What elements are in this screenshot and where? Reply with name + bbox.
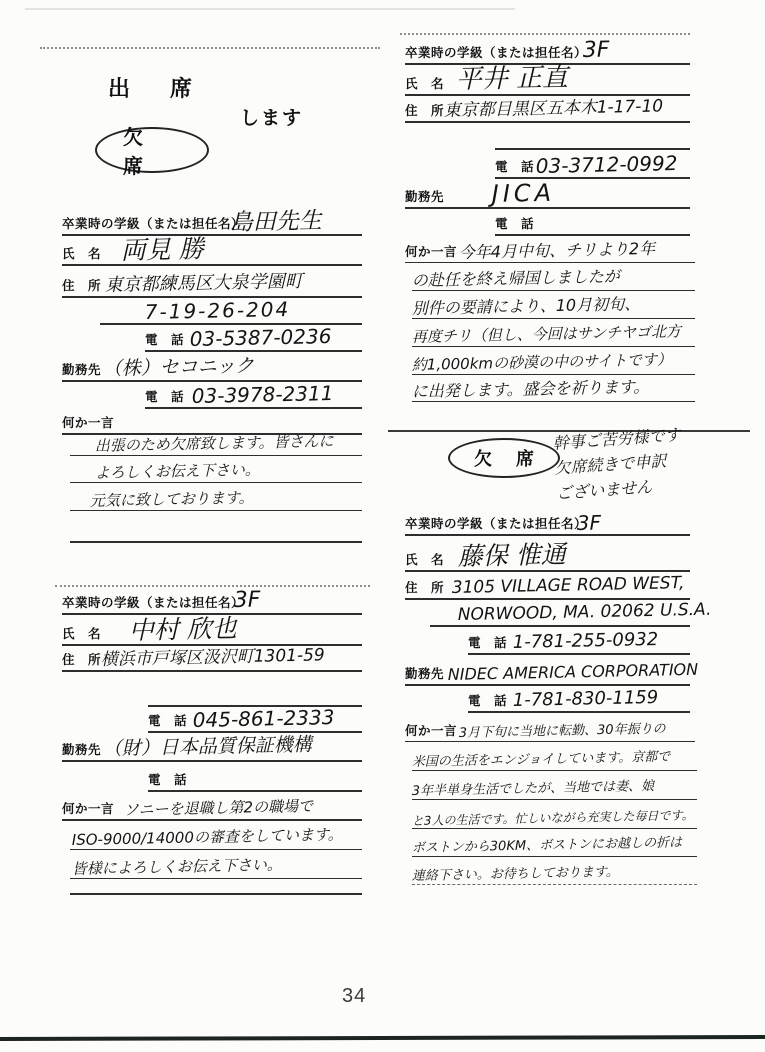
form1-name-row: 氏 名 両見 勝: [62, 234, 362, 266]
form4-class-row: 卒業時の学級（または担任名） 3F: [405, 506, 690, 536]
form2-comment-line: ISO-9000/14000の審査をしています。: [70, 823, 362, 850]
form1-address-label: 住 所: [62, 276, 101, 296]
form1-class-value: 島田先生: [229, 210, 321, 236]
form4-address-value: 3105 VILLAGE ROAD WEST,: [452, 575, 685, 598]
form3-phone-label: 電 話: [495, 157, 534, 177]
form3-name-label: 氏 名: [405, 74, 444, 94]
form3-comment-text-1: 今年4月中旬、チリより2年: [459, 241, 656, 262]
form3-comment-label-row: 何か一言 今年4月中旬、チリより2年: [405, 236, 695, 263]
form1-comment-line: 出張のため欠席致します。皆さんに: [70, 429, 362, 456]
form3-class-row: 卒業時の学級（または担任名） 3F: [405, 35, 690, 65]
form4-workphone-value: 1-781-830-1159: [513, 689, 659, 711]
form3-workplace-value: JICA: [491, 181, 555, 207]
form4-phone-value: 1-781-255-0932: [513, 631, 659, 653]
form4-name-row: 氏 名 藤保 惟通: [405, 534, 690, 572]
form3-comment-line: 約1,000kmの砂漠の中のサイトです）: [412, 346, 695, 375]
form2-comment-text-1: ソニーを退職し第2の職場で: [124, 799, 314, 819]
form4-phone-label: 電 話: [468, 633, 507, 653]
form4-comment-text-3: 3年半単身生活でしたが、当地では妻、娘: [412, 780, 655, 799]
attend-label: 出席: [108, 72, 232, 103]
form3-phone-value: 03-3712-0992: [536, 153, 678, 177]
form3-workplace-label: 勤務先: [405, 187, 444, 207]
form3-workphone-label: 電 話: [495, 214, 534, 234]
page-number: 34: [342, 985, 366, 1008]
form4-comment-text-2: 米国の生活をエンジョイしています。京都で: [412, 751, 671, 770]
absent-label: 欠席: [97, 121, 207, 179]
form3-comment-line: に出発します。盛会を祈ります。: [412, 374, 695, 402]
form3-class-value: 3F: [583, 39, 610, 63]
form1-phone-value: 03-5387-0236: [190, 326, 332, 350]
form2-comment-label-row: 何か一言 ソニーを退職し第2の職場で: [62, 791, 362, 821]
form1-comment-line: 元気に致しております。: [70, 484, 362, 511]
form4-name-label: 氏 名: [405, 550, 444, 570]
form3-comment-text-2: の赴任を終え帰国しましたが: [412, 269, 620, 290]
form1-workphone-row: 電 話 03-3978-2311: [145, 375, 362, 409]
scan-bottom-edge: [0, 1035, 765, 1041]
form4-class-label: 卒業時の学級（または担任名）: [405, 514, 587, 534]
form2-workphone-row: 電 話: [148, 758, 362, 792]
form1-comment-text-3: 元気に致しております。: [90, 491, 254, 510]
form2-comment-blank-line: [70, 893, 362, 895]
form1-workphone-value: 03-3978-2311: [192, 383, 334, 407]
form3-comment-text-4: 再度チリ（但し、今回はサンチヤゴ北方: [412, 324, 682, 346]
form2-comment-line: 皆様によろしくお伝え下さい。: [70, 852, 362, 879]
form2-name-row: 氏 名 中村 欣也: [62, 613, 362, 646]
form2-address-label: 住 所: [62, 650, 101, 670]
form1-comment-text-1: 出張のため欠席致します。皆さんに: [95, 434, 334, 455]
left-column-top-edge: [40, 47, 380, 49]
form2-workphone-label: 電 話: [148, 770, 187, 790]
form4-comment-text-6: 連絡下さい。お待ちしております。: [412, 866, 619, 884]
form4-workplace-label: 勤務先: [405, 664, 444, 684]
form1-class-row: 卒業時の学級（または担任名） 島田先生: [62, 206, 362, 236]
form4-comment-line: 米国の生活をエンジョイしています。京都で: [412, 741, 697, 771]
form3-comment-text-6: に出発します。盛会を祈ります。: [412, 379, 650, 401]
form3-comment-text-5: 約1,000kmの砂漠の中のサイトです）: [412, 353, 672, 374]
form3-class-label: 卒業時の学級（または担任名）: [405, 43, 587, 63]
form1-workplace-label: 勤務先: [62, 360, 101, 380]
form2-comment-label: 何か一言: [62, 799, 114, 819]
form4-name-value: 藤保 惟通: [457, 542, 565, 570]
scanned-reply-form-page: 出席 します 欠席 卒業時の学級（または担任名） 島田先生 氏 名 両見 勝 住…: [0, 0, 765, 1052]
form3-comment-line: 再度チリ（但し、今回はサンチヤゴ北方: [412, 318, 695, 347]
absent-handwritten-note: 幹事ご苦労様です 欠席続きで申訳 ございません: [552, 423, 685, 506]
form2-comment-text-2: ISO-9000/14000の審査をしています。: [72, 827, 343, 849]
form2-workplace-row: 勤務先 （財）日本品質保証機構: [62, 728, 362, 762]
form4-comment-line: ボストンから30KM、ボストンにお越しの折は: [412, 828, 697, 857]
form4-address-row: 住 所 3105 VILLAGE ROAD WEST,: [405, 570, 690, 600]
form4-comment-text-1: 3月下旬に当地に転勤、30年振りの: [459, 723, 666, 741]
form1-name-value: 両見 勝: [120, 236, 203, 264]
form2-workplace-label: 勤務先: [62, 740, 101, 760]
absent-label-2: 欠席: [450, 445, 558, 471]
form3-comment-label: 何か一言: [405, 242, 457, 262]
form4-comment-label-row: 何か一言 3月下旬に当地に転勤、30年振りの: [405, 714, 695, 742]
absent-circled-mark: 欠席: [95, 127, 209, 173]
form3-comment-line: 別件の要請により、10月初旬、: [412, 290, 695, 319]
form1-comment-line: よろしくお伝え下さい。: [70, 456, 362, 483]
form1-class-label: 卒業時の学級（または担任名）: [62, 214, 244, 234]
form3-workplace-row: 勤務先 JICA: [405, 175, 690, 209]
form2-class-value: 3F: [234, 589, 261, 613]
form4-comment-text-4: と3人の生活です。忙しいながら充実した毎日です。: [412, 809, 694, 828]
form2-address-row: 住 所 横浜市戸塚区汲沢町1301-59: [62, 644, 362, 672]
form1-comment-blank-line: [70, 541, 362, 543]
form1-workphone-label: 電 話: [145, 387, 184, 407]
form2-name-value: 中村 欣也: [128, 616, 236, 644]
form3-comment-line: の赴任を終え帰国しましたが: [412, 262, 695, 291]
form4-address-label: 住 所: [405, 578, 444, 598]
form4-phone-row: 電 話 1-781-255-0932: [468, 622, 690, 655]
form2-workplace-value: （財）日本品質保証機構: [103, 736, 312, 760]
form3-name-value: 平井 正直: [455, 65, 568, 94]
form3-address-label: 住 所: [405, 101, 444, 121]
form1-comment-text-2: よろしくお伝え下さい。: [95, 463, 260, 482]
form2-address-value: 横浜市戸塚区汲沢町1301-59: [101, 647, 325, 670]
attend-verb-label: します: [240, 103, 303, 130]
form4-comment-text-5: ボストンから30KM、ボストンにお越しの折は: [412, 836, 683, 856]
form4-workphone-label: 電 話: [468, 691, 507, 711]
form1-address-row: 住 所 東京都練馬区大泉学園町: [62, 266, 362, 298]
form2-name-label: 氏 名: [62, 624, 101, 644]
form4-workphone-row: 電 話 1-781-830-1159: [468, 680, 690, 713]
form4-comment-line: 3年半単身生活でしたが、当地では妻、娘: [412, 770, 697, 800]
form3-name-row: 氏 名 平井 正直: [405, 63, 690, 96]
form4-comment-label: 何か一言: [405, 721, 457, 741]
form1-phone-label: 電 話: [145, 330, 184, 350]
form4-class-value: 3F: [577, 512, 602, 534]
form1-name-label: 氏 名: [62, 244, 101, 264]
form2-class-row: 卒業時の学級（または担任名） 3F: [62, 585, 362, 615]
form3-comment-text-3: 別件の要請により、10月初旬、: [412, 296, 641, 318]
form2-comment-text-3: 皆様によろしくお伝え下さい。: [72, 858, 282, 878]
absent-circled-mark-2: 欠席: [448, 438, 560, 478]
form4-comment-line: 連絡下さい。お待ちしております。: [412, 856, 697, 885]
form1-address-value: 東京都練馬区大泉学園町: [105, 273, 303, 296]
form3-address-value: 東京都目黒区五本木1-17-10: [444, 98, 664, 121]
form3-workphone-row: 電 話: [495, 206, 690, 236]
form4-comment-line: と3人の生活です。忙しいながら充実した毎日です。: [412, 799, 697, 829]
form3-address-row: 住 所 東京都目黒区五本木1-17-10: [405, 94, 690, 123]
form2-class-label: 卒業時の学級（または担任名）: [62, 593, 244, 613]
scan-artifact-line: [25, 8, 515, 10]
form1-phone-row: 電 話 03-5387-0236: [145, 318, 362, 352]
